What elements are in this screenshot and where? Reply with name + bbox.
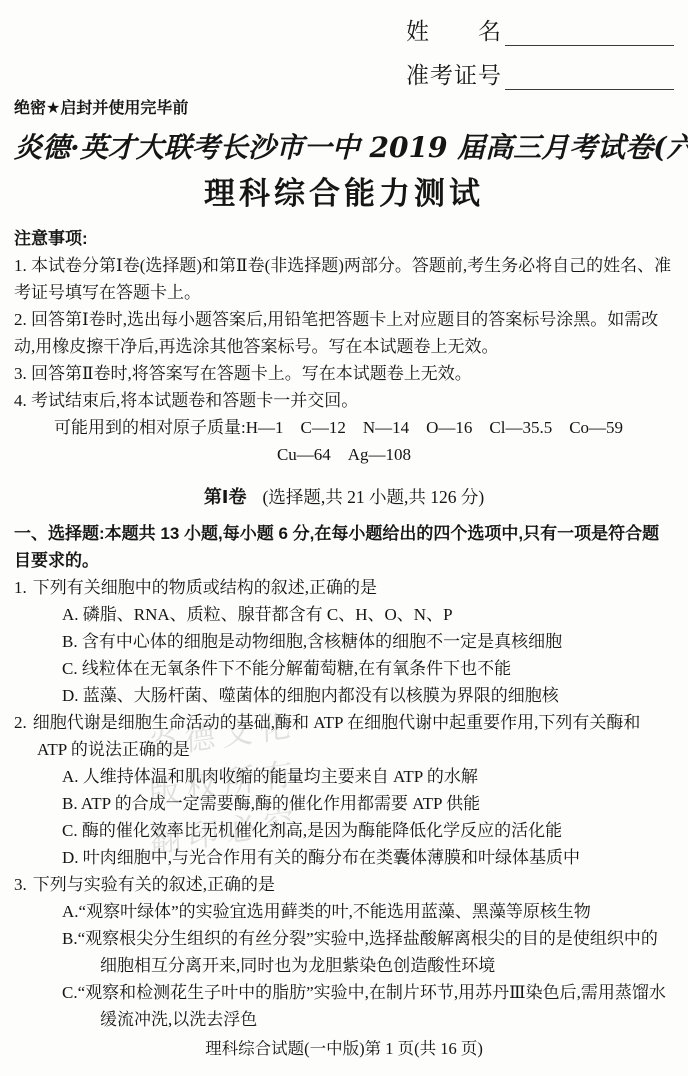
question-number: 2.: [14, 713, 27, 732]
exam-number-field-row: 准考证号: [406, 56, 674, 90]
part1-title: 第Ⅰ卷: [204, 487, 247, 507]
exam-series-title: 炎德·英才大联考长沙市一中 2019 届高三月考试卷(六): [14, 126, 674, 170]
question-number: 1.: [14, 578, 27, 597]
question-1-option-b: B. 含有中心体的细胞是动物细胞,含核糖体的细胞不一定是真核细胞: [62, 628, 674, 655]
notice-heading: 注意事项:: [14, 226, 674, 252]
name-label: 姓 名: [406, 18, 502, 46]
candidate-info-block: 姓 名 准考证号: [406, 12, 674, 90]
question-stem-text: 下列与实验有关的叙述,正确的是: [33, 875, 275, 894]
question-2: 2.细胞代谢是细胞生命活动的基础,酶和 ATP 在细胞代谢中起重要作用,下列有关…: [14, 709, 674, 871]
question-3-option-a: A.“观察叶绿体”的实验宜选用藓类的叶,不能选用蓝藻、黑藻等原核生物: [62, 898, 674, 925]
question-stem-text: 细胞代谢是细胞生命活动的基础,酶和 ATP 在细胞代谢中起重要作用,下列有关酶和…: [33, 713, 641, 759]
notice-item-2: 2. 回答第Ⅰ卷时,选出每小题答案后,用铅笔把答题卡上对应题目的答案标号涂黑。如…: [14, 306, 674, 360]
question-3-option-b: B.“观察根尖分生组织的有丝分裂”实验中,选择盐酸解离根尖的目的是使组织中的细胞…: [62, 925, 674, 979]
part1-subtitle: (选择题,共 21 小题,共 126 分): [263, 487, 485, 507]
question-3-stem: 3.下列与实验有关的叙述,正确的是: [14, 871, 674, 898]
name-field-row: 姓 名: [406, 12, 674, 46]
question-2-option-a: A. 人维持体温和肌肉收缩的能量均主要来自 ATP 的水解: [62, 763, 674, 790]
atomic-mass-line-2: Cu—64 Ag—108: [14, 441, 674, 468]
question-1-option-d: D. 蓝藻、大肠杆菌、噬菌体的细胞内都没有以核膜为界限的细胞核: [62, 682, 674, 709]
question-1-option-c: C. 线粒体在无氧条件下不能分解葡萄糖,在有氧条件下也不能: [62, 655, 674, 682]
question-1-option-a: A. 磷脂、RNA、质粒、腺苷都含有 C、H、O、N、P: [62, 601, 674, 628]
notice-item-3: 3. 回答第Ⅱ卷时,将答案写在答题卡上。写在本试题卷上无效。: [14, 360, 674, 387]
question-3-option-c: C.“观察和检测花生子叶中的脂肪”实验中,在制片环节,用苏丹Ⅲ染色后,需用蒸馏水…: [62, 979, 674, 1033]
secrecy-notice: 绝密★启封并使用完毕前: [14, 98, 674, 120]
question-2-option-b: B. ATP 的合成一定需要酶,酶的催化作用都需要 ATP 供能: [62, 790, 674, 817]
question-2-option-c: C. 酶的催化效率比无机催化剂高,是因为酶能降低化学反应的活化能: [62, 817, 674, 844]
question-stem-text: 下列有关细胞中的物质或结构的叙述,正确的是: [33, 578, 377, 597]
exam-paper-page: 炎德文化 版权所有 翻印必究 姓 名 准考证号 绝密★启封并使用完毕前 炎德·英…: [0, 0, 688, 1076]
name-underline: [505, 17, 674, 46]
notice-item-1: 1. 本试卷分第Ⅰ卷(选择题)和第Ⅱ卷(非选择题)两部分。答题前,考生务必将自己…: [14, 252, 674, 306]
exam-number-label: 准考证号: [406, 62, 502, 90]
question-2-option-d: D. 叶肉细胞中,与光合作用有关的酶分布在类囊体薄膜和叶绿体基质中: [62, 844, 674, 871]
question-number: 3.: [14, 875, 27, 894]
atomic-mass-line-1: 可能用到的相对原子质量:H—1 C—12 N—14 O—16 Cl—35.5 C…: [14, 414, 674, 441]
question-1-stem: 1.下列有关细胞中的物质或结构的叙述,正确的是: [14, 574, 674, 601]
notice-item-4: 4. 考试结束后,将本试题卷和答题卡一并交回。: [14, 387, 674, 414]
page-footer: 理科综合试题(一中版)第 1 页(共 16 页): [0, 1038, 688, 1060]
multiple-choice-instruction: 一、选择题:本题共 13 小题,每小题 6 分,在每小题给出的四个选项中,只有一…: [14, 520, 674, 574]
question-2-stem: 2.细胞代谢是细胞生命活动的基础,酶和 ATP 在细胞代谢中起重要作用,下列有关…: [14, 709, 674, 763]
page-content: 姓 名 准考证号 绝密★启封并使用完毕前 炎德·英才大联考长沙市一中 2019 …: [0, 0, 688, 1033]
exam-number-underline: [505, 61, 674, 90]
question-3: 3.下列与实验有关的叙述,正确的是 A.“观察叶绿体”的实验宜选用藓类的叶,不能…: [14, 871, 674, 1033]
question-1: 1.下列有关细胞中的物质或结构的叙述,正确的是 A. 磷脂、RNA、质粒、腺苷都…: [14, 574, 674, 709]
part1-heading: 第Ⅰ卷 (选择题,共 21 小题,共 126 分): [14, 482, 674, 514]
exam-subject-title: 理科综合能力测试: [14, 172, 674, 216]
